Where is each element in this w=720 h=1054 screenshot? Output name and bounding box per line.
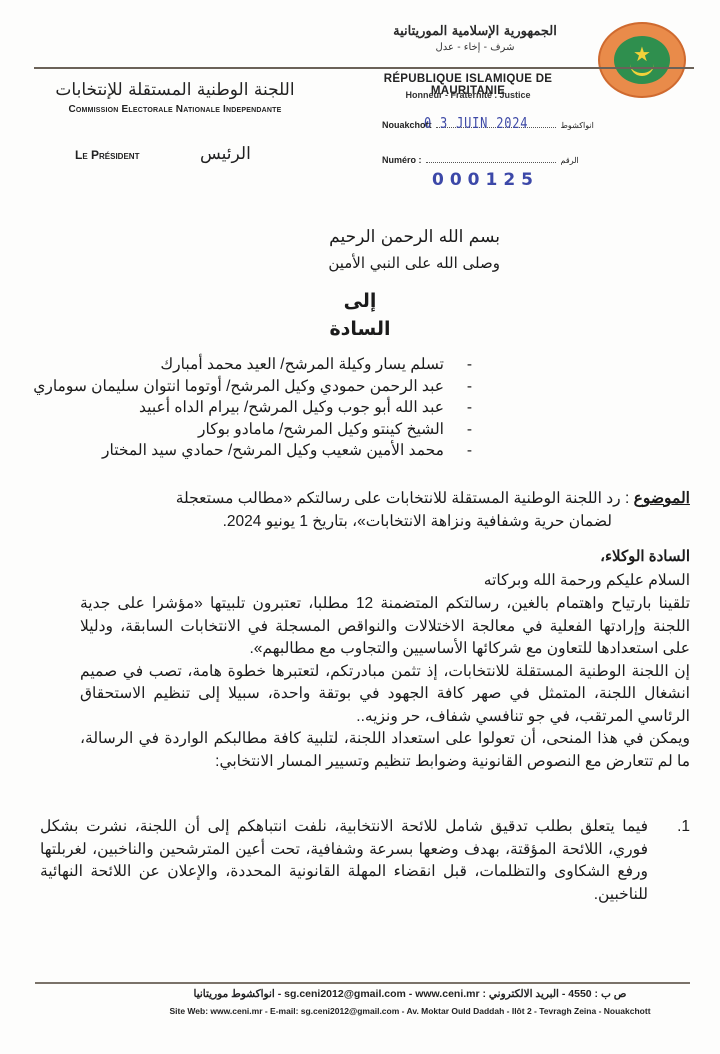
number-field: Numéro : الرقم (382, 155, 579, 165)
recipient-item: -عبد الله أبو جوب وكيل المرشح/ بيرام الد… (33, 397, 472, 419)
subject-line-1: : رد اللجنة الوطنية المستقلة للانتخابات … (176, 490, 630, 507)
footer-contact-arabic: ص ب : 4550 - البريد الالكتروني : sg.ceni… (100, 988, 720, 1000)
salat-line: وصلى الله على النبي الأمين (250, 254, 500, 272)
subject-block: الموضوع : رد اللجنة الوطنية المستقلة للا… (80, 488, 690, 533)
president-title-french: Le Président (75, 148, 139, 162)
republic-motto-arabic: شرف - إخاء - عدل (360, 42, 590, 53)
commission-name-french: Commission Electorale Nationale Independ… (30, 104, 320, 115)
numbered-item: 1. فيما يتعلق بطلب تدقيق شامل للائحة الا… (40, 816, 690, 906)
number-label-fr: Numéro : (382, 155, 422, 165)
recipient-list: -تسلم يسار وكيلة المرشح/ العيد محمد أمبا… (33, 354, 472, 462)
star-icon: ★ (633, 45, 651, 65)
footer-divider (35, 982, 690, 984)
date-stamp: 0 3 JUIN 2024 (424, 114, 528, 132)
dash-bullet: - (444, 419, 472, 440)
coat-of-arms-icon: ★ (598, 22, 686, 98)
item-text: فيما يتعلق بطلب تدقيق شامل للائحة الانتخ… (40, 816, 648, 906)
paragraph: ويمكن في هذا المنحى، أن تعولوا على استعد… (80, 728, 690, 773)
number-stamp: 000125 (432, 170, 539, 190)
dash-bullet: - (444, 354, 472, 375)
commission-name-arabic: اللجنة الوطنية المستقلة للإنتخابات (30, 80, 320, 100)
subject-line-2: لضمان حرية وشفافية ونزاهة الانتخابات»، ب… (80, 511, 690, 534)
header-divider (34, 67, 694, 69)
dash-bullet: - (444, 440, 472, 461)
body-paragraphs: تلقينا بارتياح واهتمام بالغين، رسالتكم ا… (80, 593, 690, 773)
paragraph: تلقينا بارتياح واهتمام بالغين، رسالتكم ا… (80, 593, 690, 661)
subject-label: الموضوع (634, 490, 690, 507)
recipient-item: -الشيخ كينتو وكيل المرشح/ مامادو بوكار (33, 419, 472, 441)
number-label-ar: الرقم (561, 156, 579, 165)
to-heading: إلى (0, 290, 720, 312)
addressees-heading: السادة (0, 318, 720, 340)
number-dotted-line (426, 162, 556, 163)
recipient-item: -محمد الأمين شعيب وكيل المرشح/ حمادي سيد… (33, 440, 472, 462)
footer-contact-french: Site Web: www.ceni.mr - E-mail: sg.ceni2… (100, 1006, 720, 1016)
recipient-item: -تسلم يسار وكيلة المرشح/ العيد محمد أمبا… (33, 354, 472, 376)
item-number: 1. (677, 816, 690, 839)
seal-inner: ★ (614, 36, 670, 84)
greeting: السلام عليكم ورحمة الله وبركاته (80, 570, 690, 593)
republic-name-arabic: الجمهورية الإسلامية الموريتانية (360, 24, 590, 39)
republic-motto-french: Honneur - Fraternité . Justice (348, 90, 588, 100)
recipient-item: -عبد الرحمن حمودي وكيل المرشح/ أوتوما ان… (33, 376, 472, 398)
crescent-icon (630, 63, 654, 76)
dash-bullet: - (444, 397, 472, 418)
president-title-arabic: الرئيس (200, 144, 251, 164)
salutation: السادة الوكلاء، (80, 546, 690, 569)
basmala: بسم الله الرحمن الرحيم (250, 227, 500, 247)
paragraph: إن اللجنة الوطنية المستقلة للانتخابات، إ… (80, 661, 690, 729)
place-label-ar: انواكشوط (561, 121, 594, 130)
dash-bullet: - (444, 376, 472, 397)
